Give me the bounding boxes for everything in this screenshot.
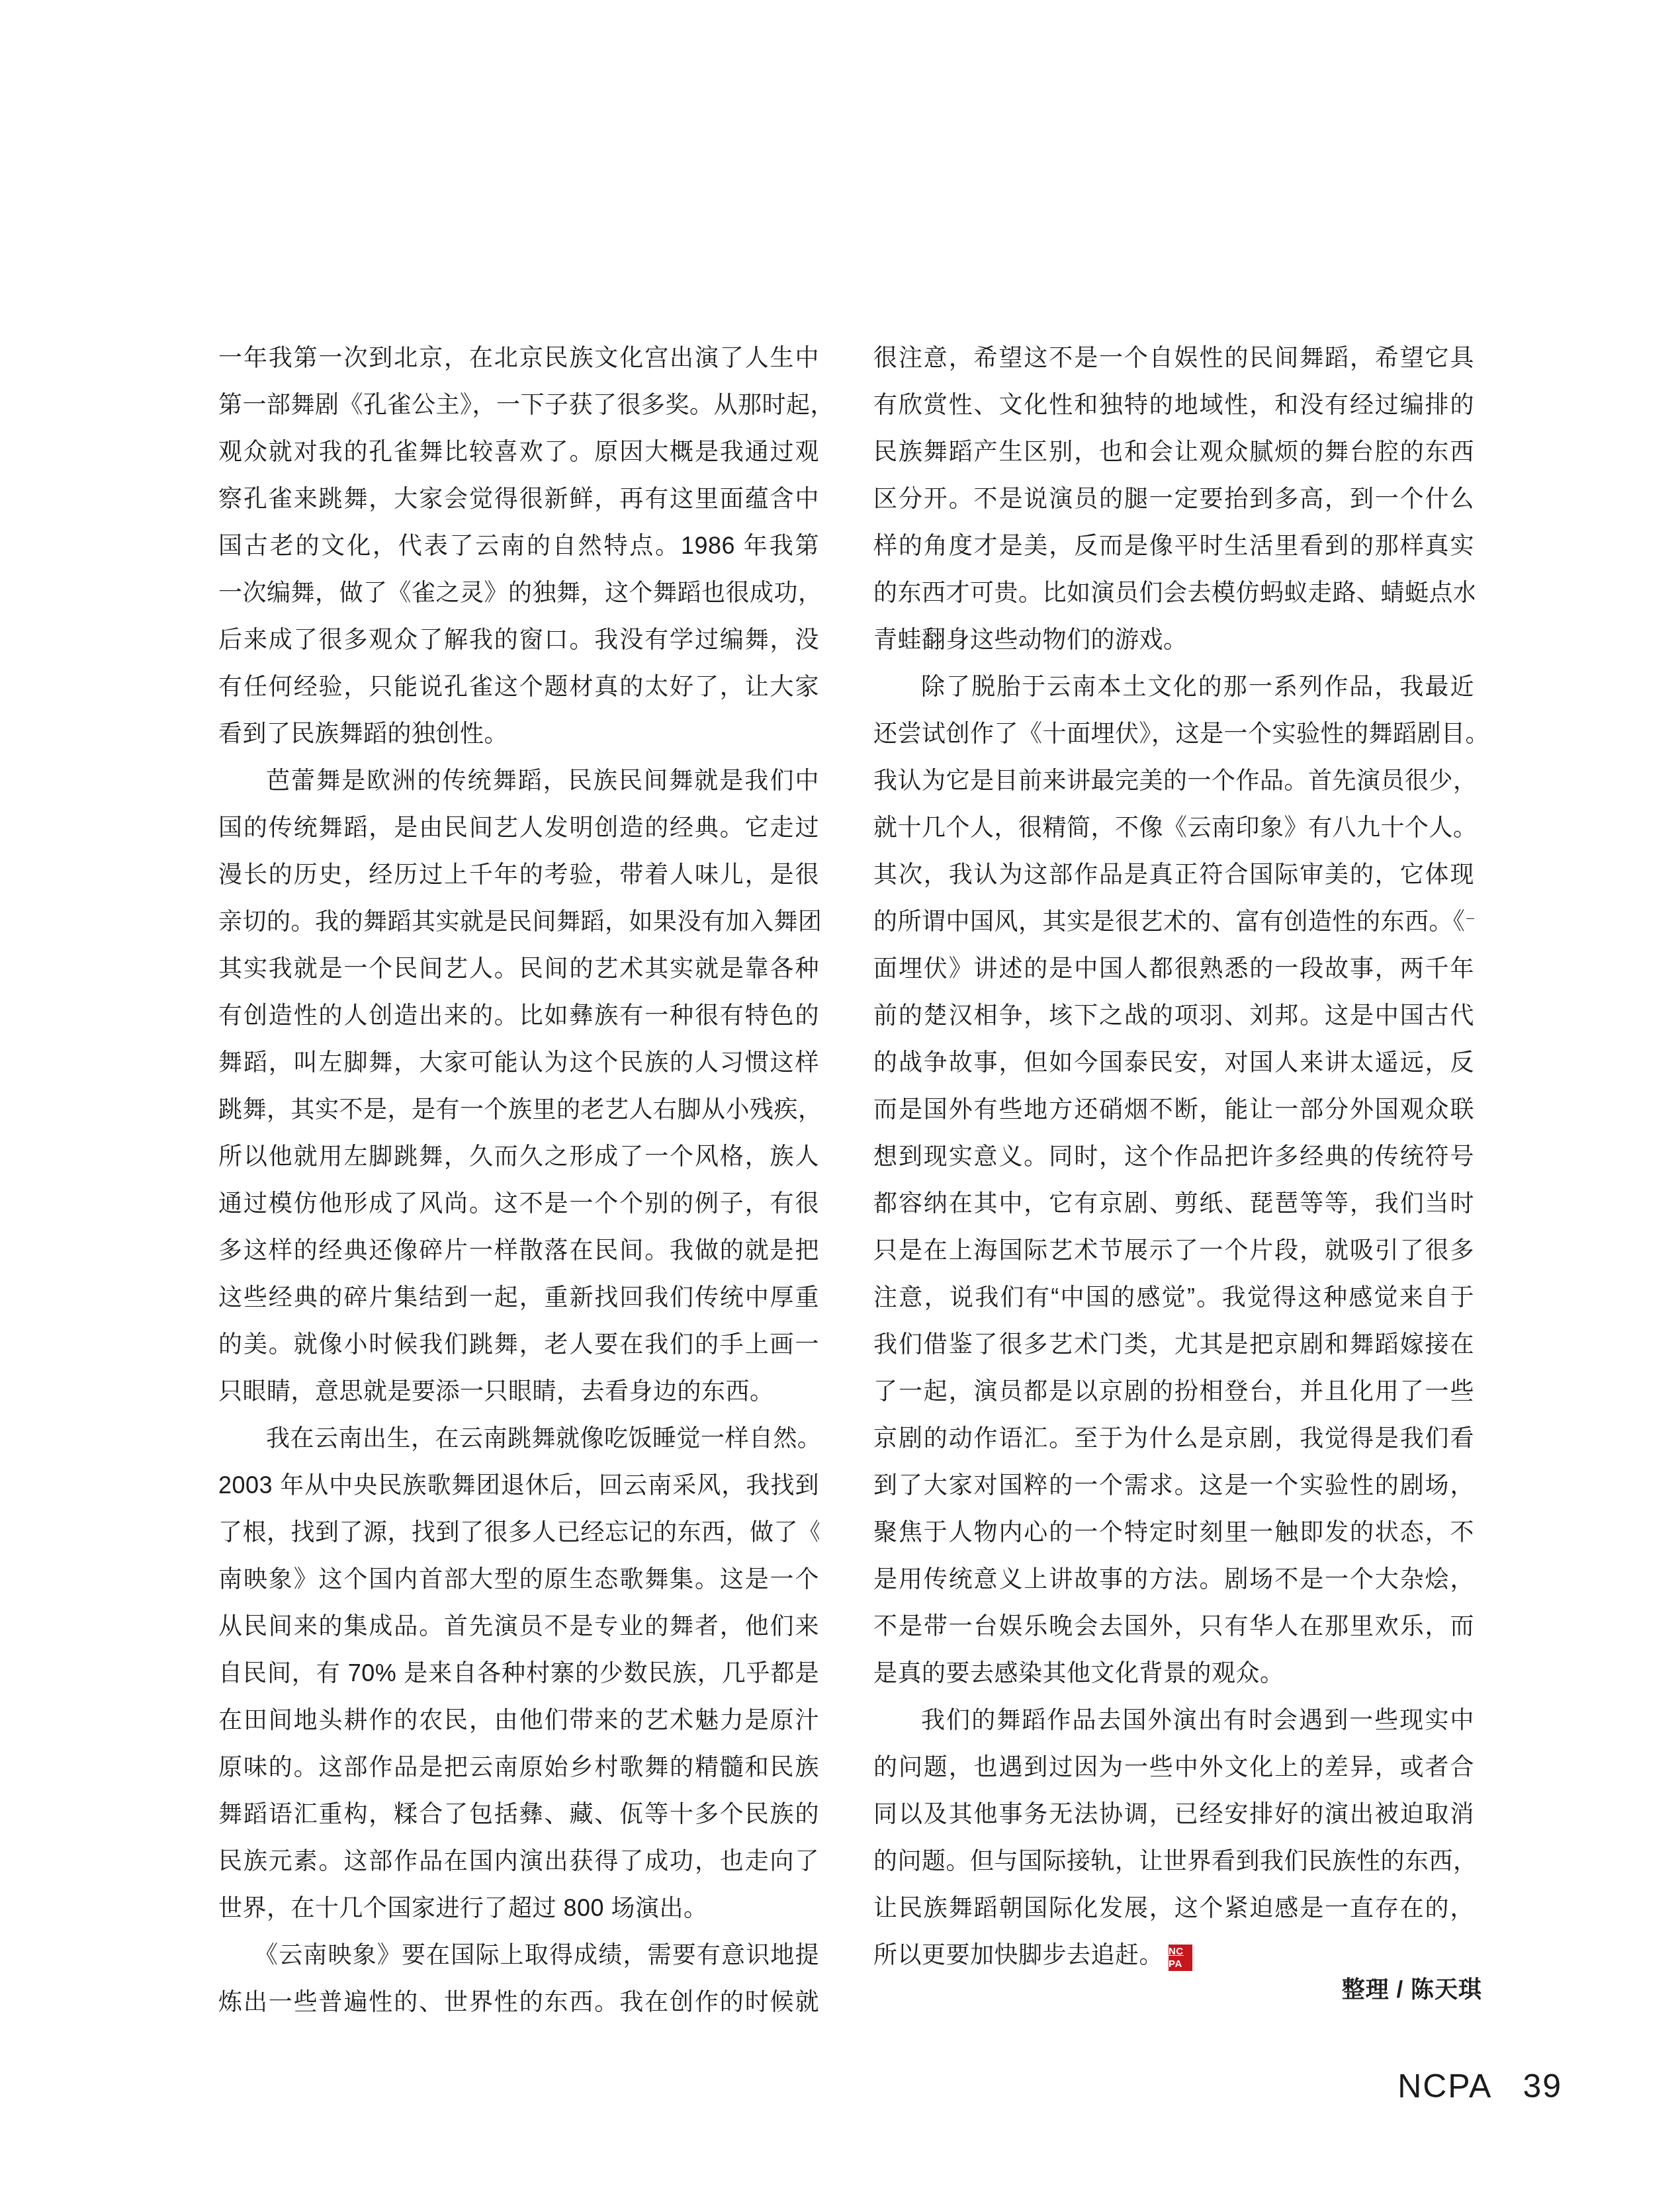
text-line: 国的传统舞蹈，是由民间艺人发明创造的经典。它走过: [218, 804, 819, 851]
text-line: 民族元素。这部作品在国内演出获得了成功，也走向了: [218, 1837, 819, 1884]
text-line: 我认为它是目前来讲最完美的一个作品。首先演员很少，: [873, 757, 1474, 804]
text-line: 前的楚汉相争，垓下之战的项羽、刘邦。这是中国古代: [873, 992, 1474, 1039]
text-line: 这些经典的碎片集结到一起，重新找回我们传统中厚重: [218, 1274, 819, 1321]
byline: 整理 / 陈天琪: [873, 1966, 1482, 2013]
text-line: 我们借鉴了很多艺术门类，尤其是把京剧和舞蹈嫁接在: [873, 1321, 1474, 1368]
text-line: 了一起，演员都是以京剧的扮相登台，并且化用了一些: [873, 1368, 1474, 1415]
text-line: 了根，找到了源，找到了很多人已经忘记的东西，做了《云: [218, 1509, 819, 1555]
page-number: 39: [1523, 2068, 1562, 2105]
text-line: 所以他就用左脚跳舞，久而久之形成了一个风格，族人: [218, 1133, 819, 1180]
text-line: 区分开。不是说演员的腿一定要抬到多高，到一个什么: [873, 475, 1474, 522]
text-line: 观众就对我的孔雀舞比较喜欢了。原因大概是我通过观: [218, 428, 819, 475]
text-line: 第一部舞剧《孔雀公主》，一下子获了很多奖。从那时起，: [218, 381, 819, 428]
text-line: 民族舞蹈产生区别，也和会让观众腻烦的舞台腔的东西: [873, 428, 1474, 475]
text-line: 有创造性的人创造出来的。比如彝族有一种很有特色的: [218, 992, 819, 1039]
text-line: 我们的舞蹈作品去国外演出有时会遇到一些现实中: [873, 1696, 1474, 1743]
text-line: 多这样的经典还像碎片一样散落在民间。我做的就是把: [218, 1227, 819, 1274]
text-line: 的东西才可贵。比如演员们会去模仿蚂蚁走路、蜻蜓点水、: [873, 569, 1474, 616]
text-line: 面埋伏》讲述的是中国人都很熟悉的一段故事，两千年: [873, 945, 1474, 992]
text-line: 其次，我认为这部作品是真正符合国际审美的，它体现: [873, 851, 1474, 898]
text-line: 有任何经验，只能说孔雀这个题材真的太好了，让大家: [218, 663, 819, 710]
text-line: 京剧的动作语汇。至于为什么是京剧，我觉得是我们看: [873, 1415, 1474, 1462]
article-column-left: 一年我第一次到北京，在北京民族文化宫出演了人生中第一部舞剧《孔雀公主》，一下子获…: [218, 334, 819, 2025]
text-line: 很注意，希望这不是一个自娱性的民间舞蹈，希望它具: [873, 334, 1474, 381]
text-line: 只是在上海国际艺术节展示了一个片段，就吸引了很多: [873, 1227, 1474, 1274]
text-line: 在田间地头耕作的农民，由他们带来的艺术魅力是原汁: [218, 1696, 819, 1743]
text-line: 其实我就是一个民间艺人。民间的艺术其实就是靠各种: [218, 945, 819, 992]
text-line: 后来成了很多观众了解我的窗口。我没有学过编舞，没: [218, 616, 819, 663]
text-line: 舞蹈语汇重构，糅合了包括彝、藏、佤等十多个民族的: [218, 1790, 819, 1837]
text-line: 南映象》这个国内首部大型的原生态歌舞集。这是一个: [218, 1555, 819, 1602]
text-line: 的美。就像小时候我们跳舞，老人要在我们的手上画一: [218, 1321, 819, 1368]
text-line: 注意，说我们有“中国的感觉”。我觉得这种感觉来自于: [873, 1274, 1474, 1321]
text-line: 只眼睛，意思就是要添一只眼睛，去看身边的东西。: [218, 1368, 819, 1415]
text-line: 我在云南出生，在云南跳舞就像吃饭睡觉一样自然。: [218, 1415, 819, 1462]
text-line: 到了大家对国粹的一个需求。这是一个实验性的剧场，: [873, 1462, 1474, 1509]
text-line: 而是国外有些地方还硝烟不断，能让一部分外国观众联: [873, 1086, 1474, 1133]
text-line: 察孔雀来跳舞，大家会觉得很新鲜，再有这里面蕴含中: [218, 475, 819, 522]
text-line: 看到了民族舞蹈的独创性。: [218, 710, 819, 757]
text-line: 青蛙翻身这些动物们的游戏。: [873, 616, 1474, 663]
text-line: 从民间来的集成品。首先演员不是专业的舞者，他们来: [218, 1602, 819, 1649]
page-footer: NCPA39: [1397, 2070, 1562, 2103]
text-line: 聚焦于人物内心的一个特定时刻里一触即发的状态，不: [873, 1509, 1474, 1555]
text-line: 通过模仿他形成了风尚。这不是一个个别的例子，有很: [218, 1180, 819, 1227]
text-line: 就十几个人，很精简，不像《云南印象》有八九十个人。: [873, 804, 1474, 851]
text-line: 有欣赏性、文化性和独特的地域性，和没有经过编排的: [873, 381, 1474, 428]
text-line: 芭蕾舞是欧洲的传统舞蹈，民族民间舞就是我们中: [218, 757, 819, 804]
text-line: 都容纳在其中，它有京剧、剪纸、琵琶等等，我们当时: [873, 1180, 1474, 1227]
text-line: 舞蹈，叫左脚舞，大家可能认为这个民族的人习惯这样: [218, 1039, 819, 1086]
text-line: 是用传统意义上讲故事的方法。剧场不是一个大杂烩，: [873, 1555, 1474, 1602]
text-line: 漫长的历史，经历过上千年的考验，带着人味儿，是很: [218, 851, 819, 898]
article-column-right: 很注意，希望这不是一个自娱性的民间舞蹈，希望它具有欣赏性、文化性和独特的地域性，…: [873, 334, 1474, 1978]
text-line: 的战争故事，但如今国泰民安，对国人来讲太遥远，反: [873, 1039, 1474, 1086]
text-line: 世界，在十几个国家进行了超过 800 场演出。: [218, 1884, 819, 1931]
text-line: 的所谓中国风，其实是很艺术的、富有创造性的东西。《十: [873, 898, 1474, 945]
magazine-page: 一年我第一次到北京，在北京民族文化宫出演了人生中第一部舞剧《孔雀公主》，一下子获…: [0, 0, 1680, 2188]
text-line: 一年我第一次到北京，在北京民族文化宫出演了人生中: [218, 334, 819, 381]
text-line: 样的角度才是美，反而是像平时生活里看到的那样真实: [873, 522, 1474, 569]
text-line: 原味的。这部作品是把云南原始乡村歌舞的精髓和民族: [218, 1743, 819, 1790]
text-line: 一次编舞，做了《雀之灵》的独舞，这个舞蹈也很成功，: [218, 569, 819, 616]
text-line: 自民间，有 70% 是来自各种村寨的少数民族，几乎都是: [218, 1649, 819, 1696]
ncpa-seal-top-text: NC: [1169, 1945, 1192, 1958]
text-line: 炼出一些普遍性的、世界性的东西。我在创作的时候就: [218, 1978, 819, 2025]
text-line: 的问题，也遇到过因为一些中外文化上的差异，或者合: [873, 1743, 1474, 1790]
text-line: 除了脱胎于云南本土文化的那一系列作品，我最近: [873, 663, 1474, 710]
text-line: 亲切的。我的舞蹈其实就是民间舞蹈，如果没有加入舞团，: [218, 898, 819, 945]
text-line: 2003 年从中央民族歌舞团退休后，回云南采风，我找到: [218, 1462, 819, 1509]
text-line: 的问题。但与国际接轨，让世界看到我们民族性的东西，: [873, 1837, 1474, 1884]
text-line: 让民族舞蹈朝国际化发展，这个紧迫感是一直存在的，: [873, 1884, 1474, 1931]
text-line: 还尝试创作了《十面埋伏》，这是一个实验性的舞蹈剧目。: [873, 710, 1474, 757]
text-line: 同以及其他事务无法协调，已经安排好的演出被迫取消: [873, 1790, 1474, 1837]
text-line: 跳舞，其实不是，是有一个族里的老艺人右脚从小残疾，: [218, 1086, 819, 1133]
text-line: 不是带一台娱乐晚会去国外，只有华人在那里欢乐，而: [873, 1602, 1474, 1649]
text-line: 想到现实意义。同时，这个作品把许多经典的传统符号: [873, 1133, 1474, 1180]
text-line: 《云南映象》要在国际上取得成绩，需要有意识地提: [218, 1931, 819, 1978]
footer-brand: NCPA: [1397, 2068, 1492, 2105]
text-line: 是真的要去感染其他文化背景的观众。: [873, 1649, 1474, 1696]
text-line: 国古老的文化，代表了云南的自然特点。1986 年我第: [218, 522, 819, 569]
